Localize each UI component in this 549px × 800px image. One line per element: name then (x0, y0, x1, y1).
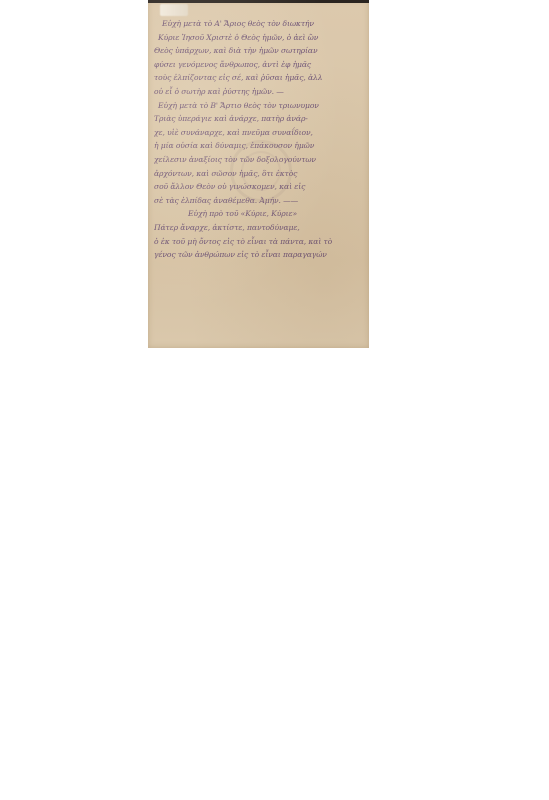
prayer-2-heading: Εὐχὴ μετὰ τὸ Β' Ἄρτιο θεὸς τὸν τριωνυμον (154, 99, 366, 113)
prayer-2-line: σὲ τὰς ἐλπίδας ἀναθέμεθα. Ἀμήν. —— (154, 194, 366, 208)
prayer-3-line: Πάτερ ἄναρχε, ἀκτίστε, παντοδύναμε, (154, 221, 366, 235)
prayer-3-heading: Εὐχὴ πρὸ τοῦ «Κύριε, Κύριε» (154, 207, 366, 221)
prayer-1-line: οὐ εἶ ὁ σωτὴρ καὶ ῥύστης ἡμῶν. — (154, 85, 366, 99)
page-canvas: Εὐχὴ μετὰ τὸ Α' Ἄριος θεὸς τὸν διωκτήν Κ… (0, 0, 549, 800)
prayer-2-line: Τριὰς ὑπεράγιε καὶ ἀνάρχε, πατὴρ ἀνάρ- (154, 112, 366, 126)
prayer-2-line: χε, υἱὲ συνάναρχε, καὶ πνεῦμα συναΐδιον, (154, 126, 366, 140)
prayer-2-line: ἡ μία οὐσία καὶ δύναμις, ἐπάκουσον ἡμῶν (154, 139, 366, 153)
scan-top-edge (148, 0, 369, 3)
prayer-3-line: ὁ ἐκ τοῦ μὴ ὄντος εἰς τὸ εἶναι τὰ πάντα,… (154, 235, 366, 249)
manuscript-page: Εὐχὴ μετὰ τὸ Α' Ἄριος θεὸς τὸν διωκτήν Κ… (148, 0, 369, 348)
prayer-1-heading: Εὐχὴ μετὰ τὸ Α' Ἄριος θεὸς τὸν διωκτήν (154, 17, 366, 31)
prayer-2-line: χείλεσιν ἀναξίοις τὸν τῶν δοξολογούντων (154, 153, 366, 167)
prayer-1-line: τοὺς ἐλπίζοντας εἰς σέ, καὶ ῥῦσαι ἡμᾶς, … (154, 71, 366, 85)
tape-mark (160, 4, 188, 16)
prayer-3-line: γένος τῶν ἀνθρώπων εἰς τὸ εἶναι παραγαγώ… (154, 248, 366, 262)
prayer-2-line: σοῦ ἄλλον Θεὸν οὐ γινώσκομεν, καὶ εἰς (154, 180, 366, 194)
prayer-1-line: Θεὸς ὑπάρχων, καὶ διὰ τὴν ἡμῶν σωτηρίαν (154, 44, 366, 58)
manuscript-text: Εὐχὴ μετὰ τὸ Α' Ἄριος θεὸς τὸν διωκτήν Κ… (154, 17, 366, 262)
prayer-1-line: Κύριε Ἰησοῦ Χριστὲ ὁ Θεὸς ἡμῶν, ὁ ἀεὶ ὢν (154, 31, 366, 45)
prayer-1-line: φύσει γενόμενος ἄνθρωπος, ἀντὶ ἐφ ἡμᾶς (154, 58, 366, 72)
prayer-2-line: ἀρχόντων, καὶ σῶσον ἡμᾶς, ὅτι ἐκτὸς (154, 167, 366, 181)
